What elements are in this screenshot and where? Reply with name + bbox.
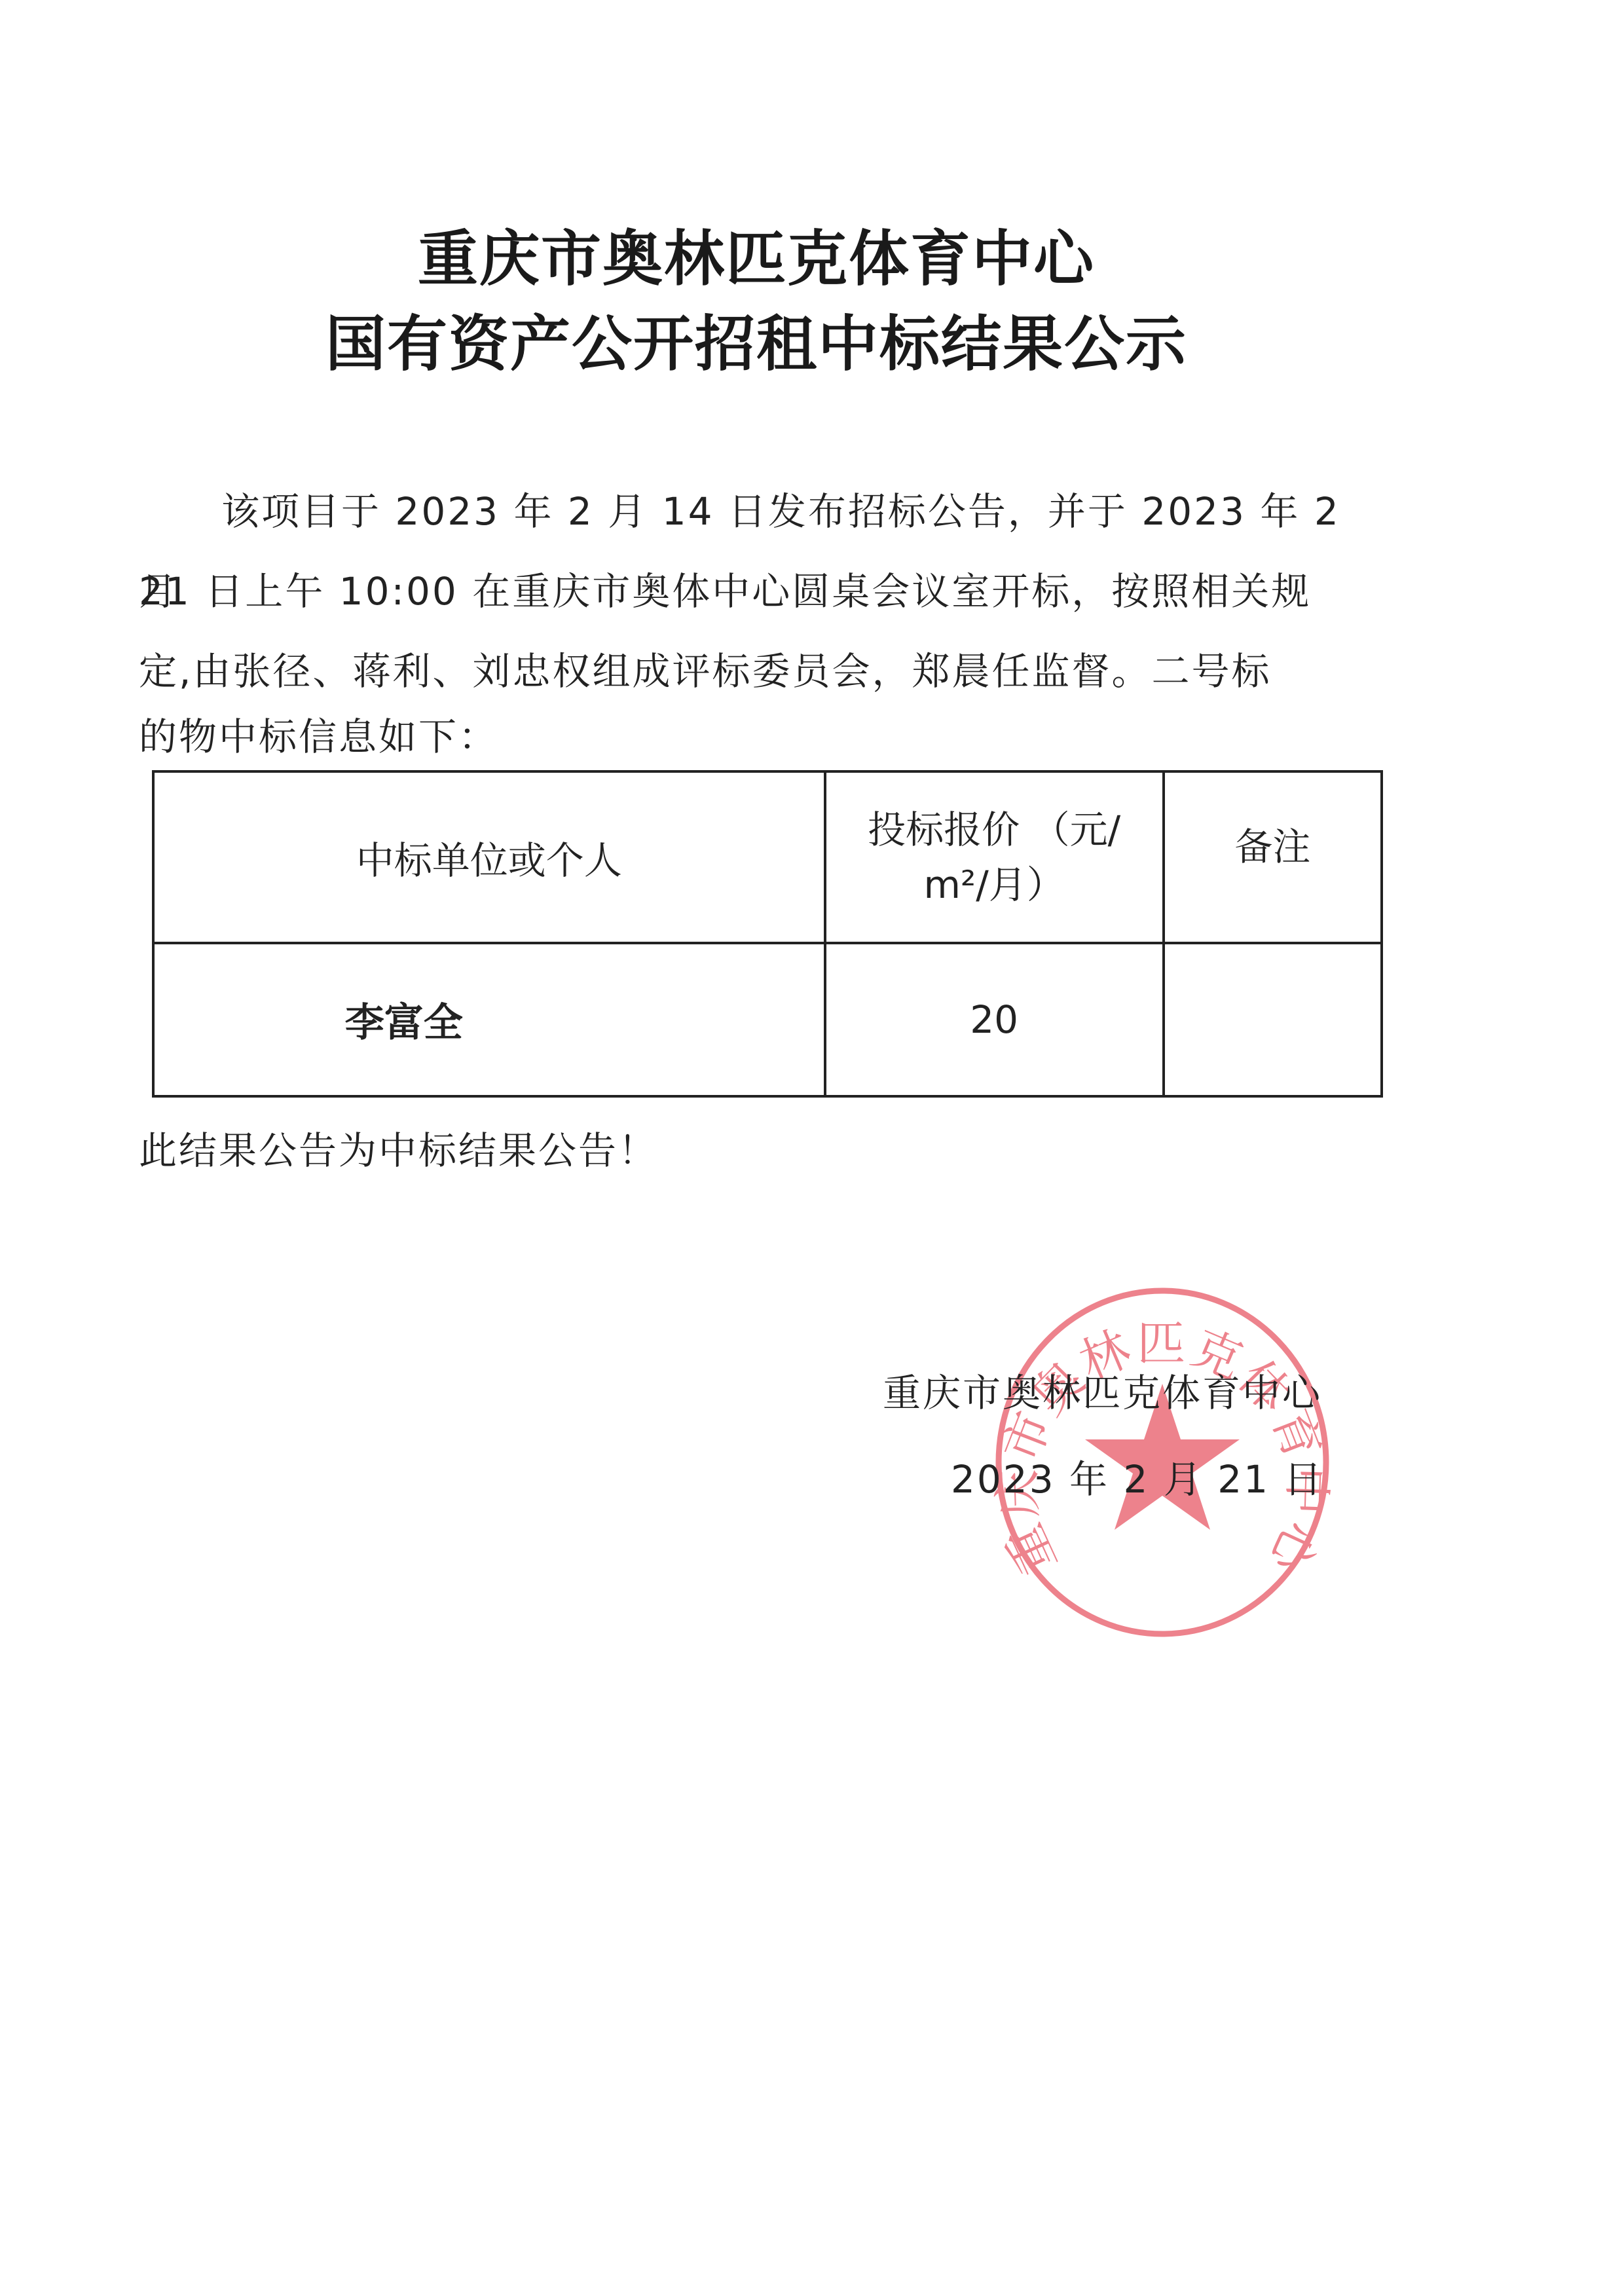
document-title-line1: 重庆市奥林匹克体育中心 <box>0 211 1513 297</box>
header-price-line2: m²/月） <box>826 857 1162 912</box>
header-remarks: 备注 <box>1164 771 1382 943</box>
cell-winner: 李富全 <box>153 943 825 1096</box>
result-table: 中标单位或个人 投标报价 （元/ m²/月） 备注 李富全 20 <box>152 770 1383 1098</box>
signature-organization: 重庆市奥林匹克体育中心 <box>883 1362 1322 1417</box>
header-winner-label: 中标单位或个人 <box>356 838 622 883</box>
winner-name: 李富全 <box>345 1000 463 1046</box>
document-title-line2: 国有资产公开招租中标结果公示 <box>0 296 1513 382</box>
cell-remarks <box>1164 943 1382 1096</box>
table-row: 李富全 20 <box>153 943 1382 1096</box>
paragraph-line-2: 21 日上午 10:00 在重庆市奥体中心圆桌会议室开标，按照相关规 <box>139 551 1383 631</box>
paragraph-line-4: 的物中标信息如下： <box>139 697 1383 777</box>
signature-date: 2023 年 2 月 21 日 <box>951 1449 1324 1504</box>
header-winner: 中标单位或个人 <box>153 771 825 943</box>
table-header-row: 中标单位或个人 投标报价 （元/ m²/月） 备注 <box>153 771 1382 943</box>
closing-statement: 此结果公告为中标结果公告！ <box>139 1120 658 1175</box>
header-price: 投标报价 （元/ m²/月） <box>825 771 1164 943</box>
cell-price: 20 <box>825 943 1164 1096</box>
header-price-line1: 投标报价 （元/ <box>826 802 1162 857</box>
